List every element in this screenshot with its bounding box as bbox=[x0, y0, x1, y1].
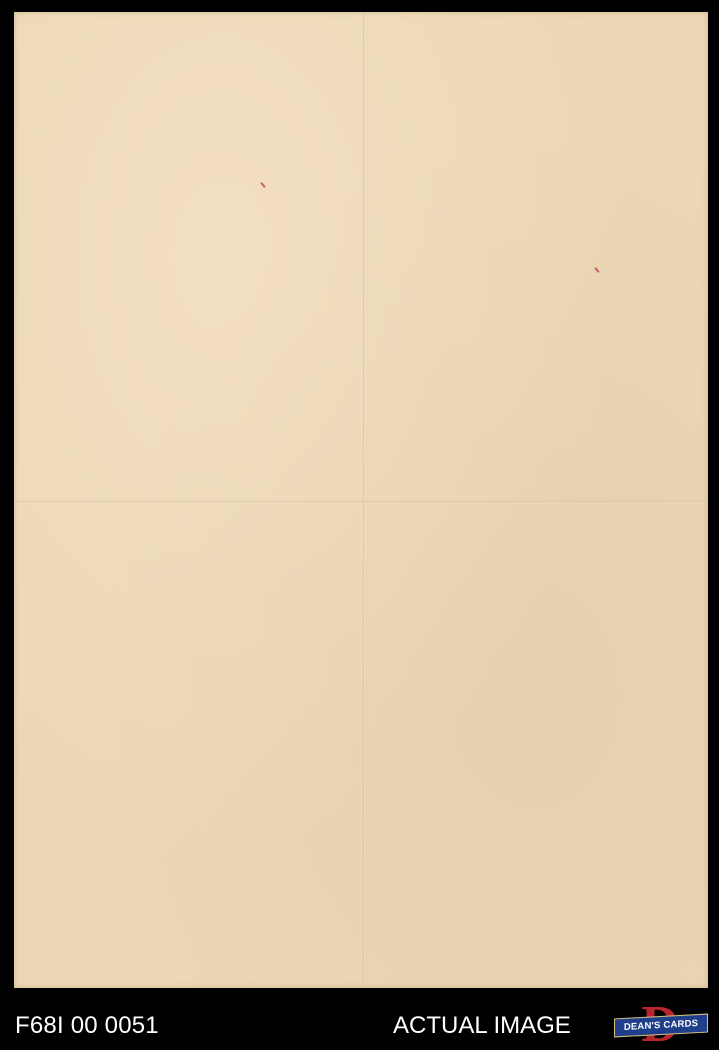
paper-sheet bbox=[14, 12, 708, 988]
horizontal-fold-line bbox=[14, 501, 708, 503]
paper-speck bbox=[260, 182, 265, 188]
item-id: F68I 00 0051 bbox=[15, 1012, 159, 1040]
paper-speck bbox=[594, 267, 599, 273]
logo-banner: DEAN'S CARDS bbox=[614, 1014, 708, 1038]
vertical-fold-line bbox=[363, 12, 365, 988]
deans-cards-logo: D DEAN'S CARDS bbox=[614, 1003, 706, 1047]
actual-image-label: ACTUAL IMAGE bbox=[393, 1012, 571, 1040]
